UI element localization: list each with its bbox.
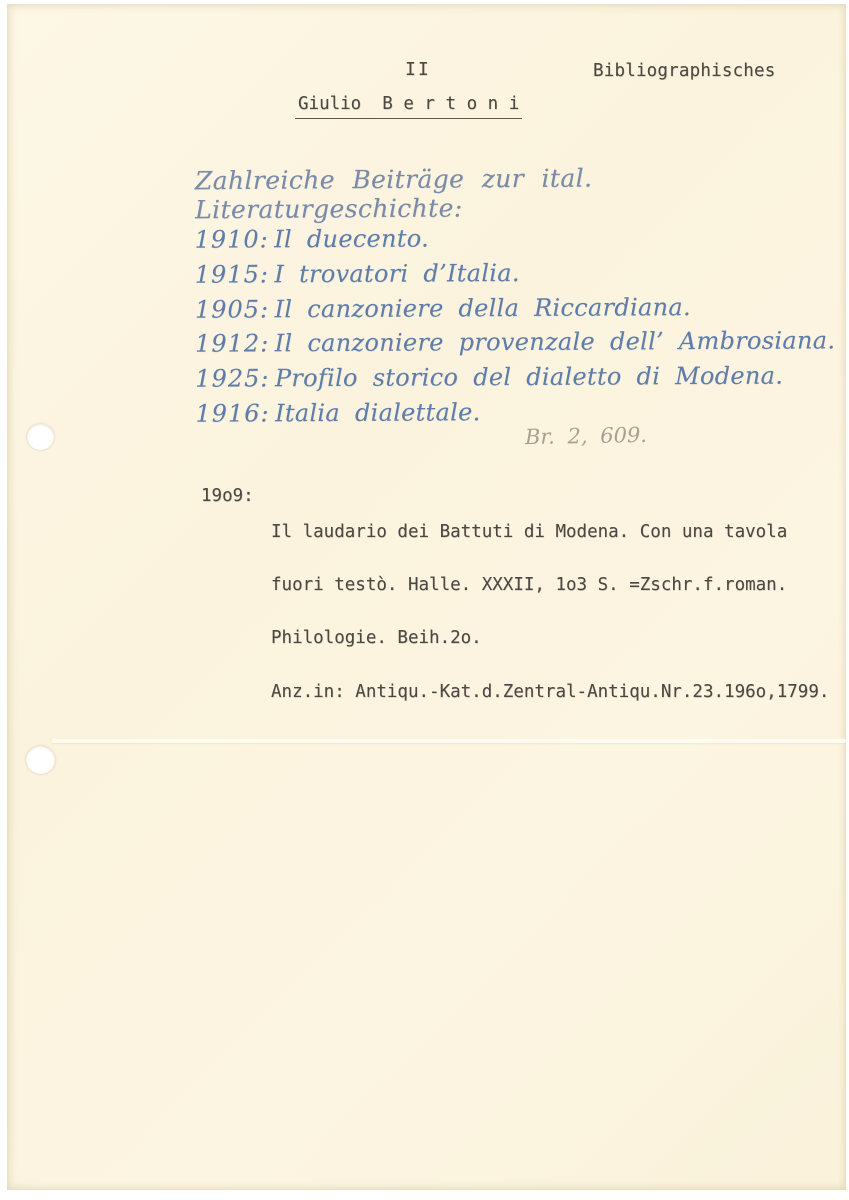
pencil-reference-note: Br. 2, 609. bbox=[525, 423, 647, 449]
entry-year: 1925: bbox=[195, 364, 267, 392]
typed-bibliography-entry: 19o9: Il laudario dei Battuti di Modena.… bbox=[201, 488, 264, 559]
handwritten-bibliography-list: 1910: Il duecento. 1915: I trovatori d’I… bbox=[194, 222, 835, 434]
list-item: 1912: Il canzoniere provenzale dell’ Amb… bbox=[195, 327, 835, 365]
entry-title: I trovatori d’Italia. bbox=[274, 259, 520, 288]
scanned-page: II Bibliographisches Giulio B e r t o n … bbox=[0, 0, 849, 1200]
list-item: 1915: I trovatori d’Italia. bbox=[195, 257, 835, 295]
punch-hole-top bbox=[27, 424, 54, 450]
list-item: 1925: Profilo storico del dialetto di Mo… bbox=[195, 362, 835, 400]
typed-entry-line: Anz.in: Antiqu.-Kat.d.Zentral-Antiqu.Nr.… bbox=[271, 684, 849, 702]
entry-title: Il canzoniere provenzale dell’ Ambrosian… bbox=[275, 327, 836, 358]
entry-year: 1910: bbox=[194, 225, 266, 253]
typed-entry-line: fuori testò. Halle. XXXII, 1o3 S. =Zschr… bbox=[271, 577, 849, 595]
paper-sheet: II Bibliographisches Giulio B e r t o n … bbox=[7, 4, 846, 1190]
list-item: 1905: Il canzoniere della Riccardiana. bbox=[195, 292, 835, 330]
section-label: Bibliographisches bbox=[593, 61, 776, 81]
typed-entry-text: Il laudario dei Battuti di Modena. Con u… bbox=[271, 488, 849, 737]
entry-year: 1905: bbox=[195, 295, 267, 323]
page-number: II bbox=[405, 59, 431, 80]
list-item: 1910: Il duecento. bbox=[194, 222, 834, 260]
fold-crease-line bbox=[52, 739, 846, 743]
entry-title: Il canzoniere della Riccardiana. bbox=[274, 293, 690, 323]
entry-year: 1915: bbox=[195, 260, 267, 288]
entry-year: 1916: bbox=[195, 399, 267, 427]
entry-title: Italia dialettale. bbox=[275, 398, 481, 427]
handwritten-heading: Zahlreiche Beiträge zur ital. Literaturg… bbox=[195, 162, 846, 225]
entry-title: Profilo storico del dialetto di Modena. bbox=[275, 362, 783, 393]
entry-title: Il duecento. bbox=[274, 224, 429, 253]
typed-entry-line: Il laudario dei Battuti di Modena. Con u… bbox=[271, 524, 849, 542]
list-item: 1916: Italia dialettale. bbox=[195, 396, 835, 434]
page-title: Giulio B e r t o n i bbox=[295, 94, 522, 119]
entry-year: 1912: bbox=[195, 330, 267, 358]
typed-entry-year: 19o9: bbox=[201, 488, 254, 506]
punch-hole-bottom bbox=[26, 746, 55, 774]
typed-entry-line: Philologie. Beih.2o. bbox=[271, 630, 849, 648]
